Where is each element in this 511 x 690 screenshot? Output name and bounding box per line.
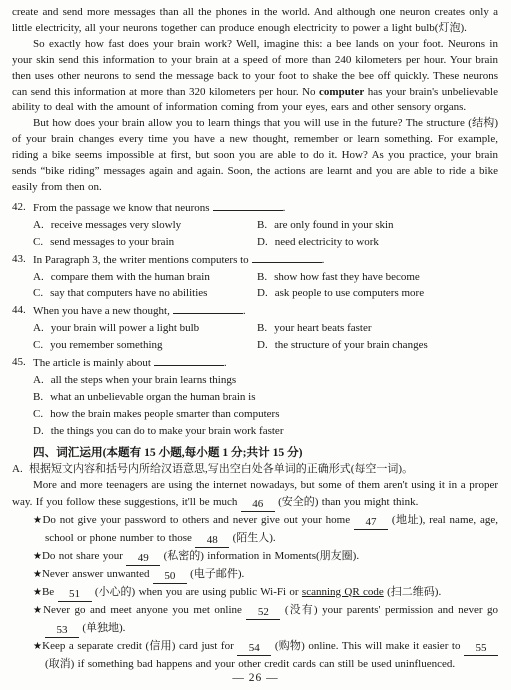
option-text: how the brain makes people smarter than …: [50, 408, 279, 420]
question-number: 42.: [12, 199, 26, 216]
tip-item-5: ★Never go and meet anyone you met online…: [33, 602, 498, 638]
option-44-d: D.the structure of your brain changes: [257, 337, 498, 354]
option-text: receive messages very slowly: [51, 219, 181, 231]
fill-blank-54: 54: [237, 642, 271, 656]
vocabulary-section: 四、词汇运用(本题有 15 小题,每小题 1 分;共计 15 分) A.根据短文…: [12, 444, 498, 673]
tip-text: (电子邮件).: [187, 568, 244, 580]
tip-item-3: ★Never answer unwanted 50 (电子邮件).: [33, 566, 498, 584]
option-label: B.: [33, 391, 43, 403]
option-text: the structure of your brain changes: [275, 339, 428, 351]
question-44: 44.When you have a new thought,. A.your …: [12, 302, 498, 354]
tip-text: (没有) your parents' permission and never …: [280, 604, 498, 616]
tip-item-6: ★Keep a separate credit (信用) card just f…: [33, 638, 498, 673]
options-grid: A.receive messages very slowly B.are onl…: [12, 217, 498, 251]
question-stem: 45.The article is mainly about.: [12, 354, 498, 372]
option-text: your heart beats faster: [274, 322, 371, 334]
option-45-d: D.the things you can do to make your bra…: [33, 423, 498, 440]
option-label: A.: [33, 322, 44, 334]
answer-blank: [213, 199, 283, 211]
reading-passage: create and send more messages than all t…: [12, 5, 498, 196]
tip-item-2: ★Do not share your 49 (私密的) information …: [33, 548, 498, 566]
passage-paragraph-2: So exactly how fast does your brain work…: [12, 37, 498, 117]
fill-blank-48: 48: [195, 534, 229, 548]
answer-blank: [154, 354, 224, 366]
option-42-d: D.need electricity to work: [257, 234, 498, 251]
answer-blank: [252, 251, 322, 263]
tip-text: (小心的) when you are using public Wi-Fi or: [92, 586, 302, 598]
question-number: 43.: [12, 251, 26, 268]
option-label: C.: [33, 339, 43, 351]
part-a-instruction: A.根据短文内容和括号内所给汉语意思,写出空白处各单词的正确形式(每空一词)。: [12, 461, 498, 478]
option-43-c: C.say that computers have no abilities: [33, 285, 257, 302]
passage-paragraph-3: But how does your brain allow you to lea…: [12, 116, 498, 196]
option-label: B.: [257, 322, 267, 334]
option-text: the things you can do to make your brain…: [51, 425, 284, 437]
underlined-phrase: scanning QR code: [302, 586, 384, 598]
question-stem-text: When you have a new thought,: [33, 305, 170, 317]
option-text: compare them with the human brain: [51, 271, 210, 283]
stem-suffix: .: [224, 357, 227, 369]
option-label: C.: [33, 408, 43, 420]
option-text: send messages to your brain: [50, 236, 174, 248]
option-text: all the steps when your brain learns thi…: [51, 374, 236, 386]
option-42-b: B.are only found in your skin: [257, 217, 498, 234]
option-43-a: A.compare them with the human brain: [33, 269, 257, 286]
option-42-c: C.send messages to your brain: [33, 234, 257, 251]
tip-text: Do not share your: [42, 550, 126, 562]
option-text: ask people to use computers more: [275, 287, 424, 299]
stem-suffix: .: [283, 202, 286, 214]
passage-paragraph-continuation: create and send more messages than all t…: [12, 5, 498, 37]
option-text: say that computers have no abilities: [50, 287, 207, 299]
option-text: show how fast they have become: [274, 271, 420, 283]
fill-blank-51: 51: [58, 588, 92, 602]
tip-text: (扫二维码).: [384, 586, 441, 598]
question-stem-text: The article is mainly about: [33, 357, 151, 369]
stem-suffix: .: [322, 254, 325, 266]
option-label: D.: [33, 425, 44, 437]
option-label: B.: [257, 271, 267, 283]
section-title: 四、词汇运用(本题有 15 小题,每小题 1 分;共计 15 分): [12, 444, 498, 461]
tip-text: Do not give your password to others and …: [42, 514, 354, 526]
option-45-c: C.how the brain makes people smarter tha…: [33, 406, 498, 423]
question-stem: 44.When you have a new thought,.: [12, 302, 498, 320]
question-number: 45.: [12, 354, 26, 371]
question-stem-text: From the passage we know that neurons: [33, 202, 210, 214]
option-label: D.: [257, 287, 268, 299]
fill-blank-52: 52: [246, 606, 280, 620]
question-stem: 42.From the passage we know that neurons…: [12, 199, 498, 217]
tip-text: Never go and meet anyone you met online: [43, 604, 246, 616]
page-number: — 26 —: [0, 672, 511, 684]
question-number: 44.: [12, 302, 26, 319]
option-45-a: A.all the steps when your brain learns t…: [33, 372, 498, 389]
tip-text: (取消) if something bad happens and your o…: [45, 658, 455, 670]
part-label: A.: [12, 461, 23, 478]
fill-blank-53: 53: [45, 624, 79, 638]
page-content: create and send more messages than all t…: [12, 5, 498, 672]
option-label: C.: [33, 287, 43, 299]
options-grid: A.compare them with the human brain B.sh…: [12, 269, 498, 303]
fill-blank-47: 47: [354, 516, 388, 530]
star-icon: ★: [33, 569, 42, 580]
star-icon: ★: [33, 641, 42, 652]
star-icon: ★: [33, 587, 42, 598]
vocab-intro-paragraph: More and more teenagers are using the in…: [12, 477, 498, 512]
fill-blank-46: 46: [241, 498, 275, 512]
stem-suffix: .: [243, 305, 246, 317]
reading-questions: 42.From the passage we know that neurons…: [12, 199, 498, 440]
tip-text: Be: [42, 586, 58, 598]
fill-blank-55: 55: [464, 642, 498, 656]
option-label: A.: [33, 219, 44, 231]
exam-page: create and send more messages than all t…: [0, 0, 511, 690]
star-icon: ★: [33, 551, 42, 562]
option-label: B.: [257, 219, 267, 231]
option-44-a: A.your brain will power a light bulb: [33, 320, 257, 337]
option-43-d: D.ask people to use computers more: [257, 285, 498, 302]
option-45-b: B.what an unbelievable organ the human b…: [33, 389, 498, 406]
option-label: D.: [257, 236, 268, 248]
option-43-b: B.show how fast they have become: [257, 269, 498, 286]
option-text: you remember something: [50, 339, 162, 351]
tip-text: (购物) online. This will make it easier to: [271, 640, 464, 652]
star-icon: ★: [33, 605, 43, 616]
tip-text: (私密的) information in Moments(朋友圈).: [160, 550, 359, 562]
question-45: 45.The article is mainly about. A.all th…: [12, 354, 498, 440]
option-text: need electricity to work: [275, 236, 379, 248]
option-text: what an unbelievable organ the human bra…: [50, 391, 255, 403]
option-label: C.: [33, 236, 43, 248]
tip-item-4: ★Be 51 (小心的) when you are using public W…: [33, 584, 498, 602]
option-label: A.: [33, 374, 44, 386]
option-label: A.: [33, 271, 44, 283]
tip-item-1: ★Do not give your password to others and…: [33, 512, 498, 548]
intro-text: (安全的) than you might think.: [275, 496, 419, 508]
tip-text: (陌生人).: [229, 532, 275, 544]
tip-text: (单独地).: [79, 622, 125, 634]
options-list: A.all the steps when your brain learns t…: [12, 372, 498, 440]
question-stem-text: In Paragraph 3, the writer mentions comp…: [33, 254, 249, 266]
question-43: 43.In Paragraph 3, the writer mentions c…: [12, 251, 498, 303]
fill-blank-49: 49: [126, 552, 160, 566]
instruction-text: 根据短文内容和括号内所给汉语意思,写出空白处各单词的正确形式(每空一词)。: [29, 463, 413, 475]
option-text: your brain will power a light bulb: [51, 322, 199, 334]
question-42: 42.From the passage we know that neurons…: [12, 199, 498, 251]
option-44-c: C.you remember something: [33, 337, 257, 354]
option-text: are only found in your skin: [274, 219, 393, 231]
tip-text: Keep a separate credit (信用) card just fo…: [42, 640, 237, 652]
option-42-a: A.receive messages very slowly: [33, 217, 257, 234]
bold-keyword-computer: computer: [319, 86, 364, 98]
fill-blank-50: 50: [153, 570, 187, 584]
option-44-b: B.your heart beats faster: [257, 320, 498, 337]
question-stem: 43.In Paragraph 3, the writer mentions c…: [12, 251, 498, 269]
options-grid: A.your brain will power a light bulb B.y…: [12, 320, 498, 354]
tip-text: Never answer unwanted: [42, 568, 153, 580]
answer-blank: [173, 302, 243, 314]
option-label: D.: [257, 339, 268, 351]
